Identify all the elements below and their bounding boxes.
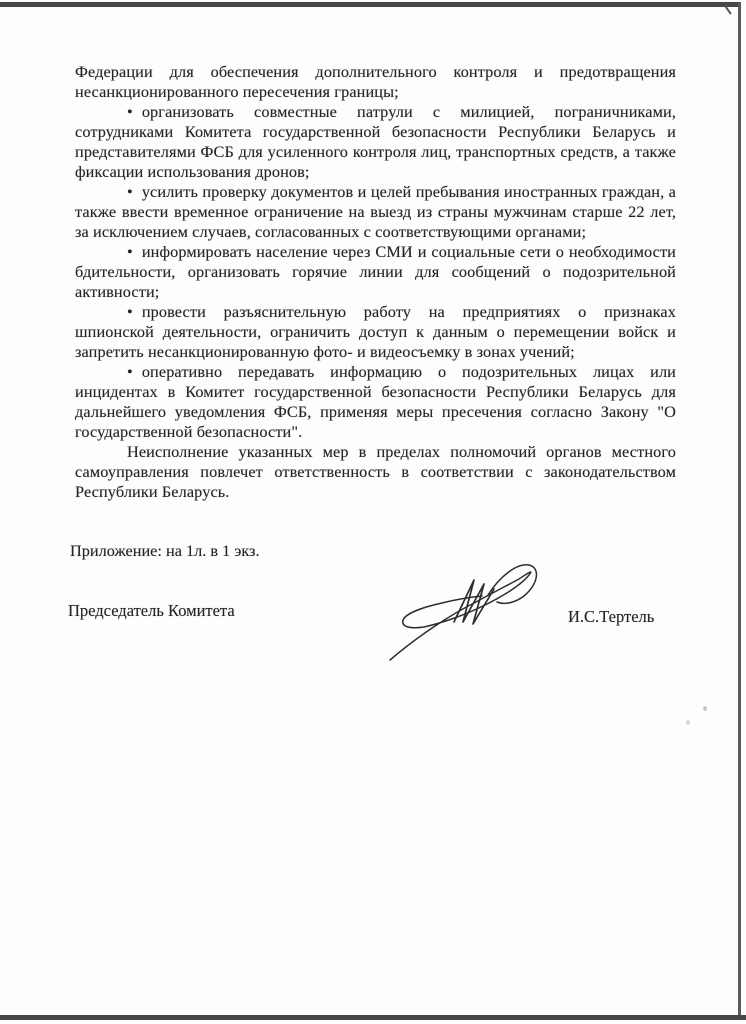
- scan-speck: [686, 720, 690, 725]
- bullet-glyph: •: [127, 102, 133, 121]
- paragraph-closing: Неисполнение указанных мер в пределах по…: [75, 442, 676, 502]
- paragraph-lead: Федерации для обеспечения дополнительног…: [75, 62, 676, 102]
- scan-edge-bottom: [0, 1015, 746, 1020]
- scan-edge-right: [738, 3, 741, 1016]
- bullet-item: •оперативно передавать информацию о подо…: [75, 362, 676, 442]
- document-body: Федерации для обеспечения дополнительног…: [75, 62, 676, 502]
- bullet-item: •провести разъяснительную работу на пред…: [75, 302, 676, 362]
- bullet-text: оперативно передавать информацию о подоз…: [75, 362, 676, 441]
- bullet-item: •информировать население через СМИ и соц…: [75, 242, 676, 302]
- scan-edge-top: [0, 2, 741, 7]
- bullet-glyph: •: [127, 182, 133, 201]
- bullet-text: провести разъяснительную работу на предп…: [75, 302, 676, 361]
- signature-scribble: [376, 558, 556, 668]
- scan-speck: [703, 706, 707, 711]
- bullet-glyph: •: [127, 362, 133, 381]
- bullet-glyph: •: [127, 302, 133, 321]
- attachment-line: Приложение: на 1л. в 1 экз.: [70, 541, 260, 561]
- bullet-text: организовать совместные патрули с милици…: [75, 102, 676, 181]
- bullet-text: усилить проверку документов и целей преб…: [75, 182, 676, 241]
- document-page: Федерации для обеспечения дополнительног…: [0, 0, 746, 1024]
- bullet-glyph: •: [127, 242, 133, 261]
- bullet-text: информировать население через СМИ и соци…: [75, 242, 676, 301]
- bullet-item: •усилить проверку документов и целей пре…: [75, 182, 676, 242]
- signatory-title: Председатель Комитета: [68, 601, 235, 621]
- bullet-item: •организовать совместные патрули с милиц…: [75, 102, 676, 182]
- signatory-name: И.С.Тертель: [568, 607, 654, 627]
